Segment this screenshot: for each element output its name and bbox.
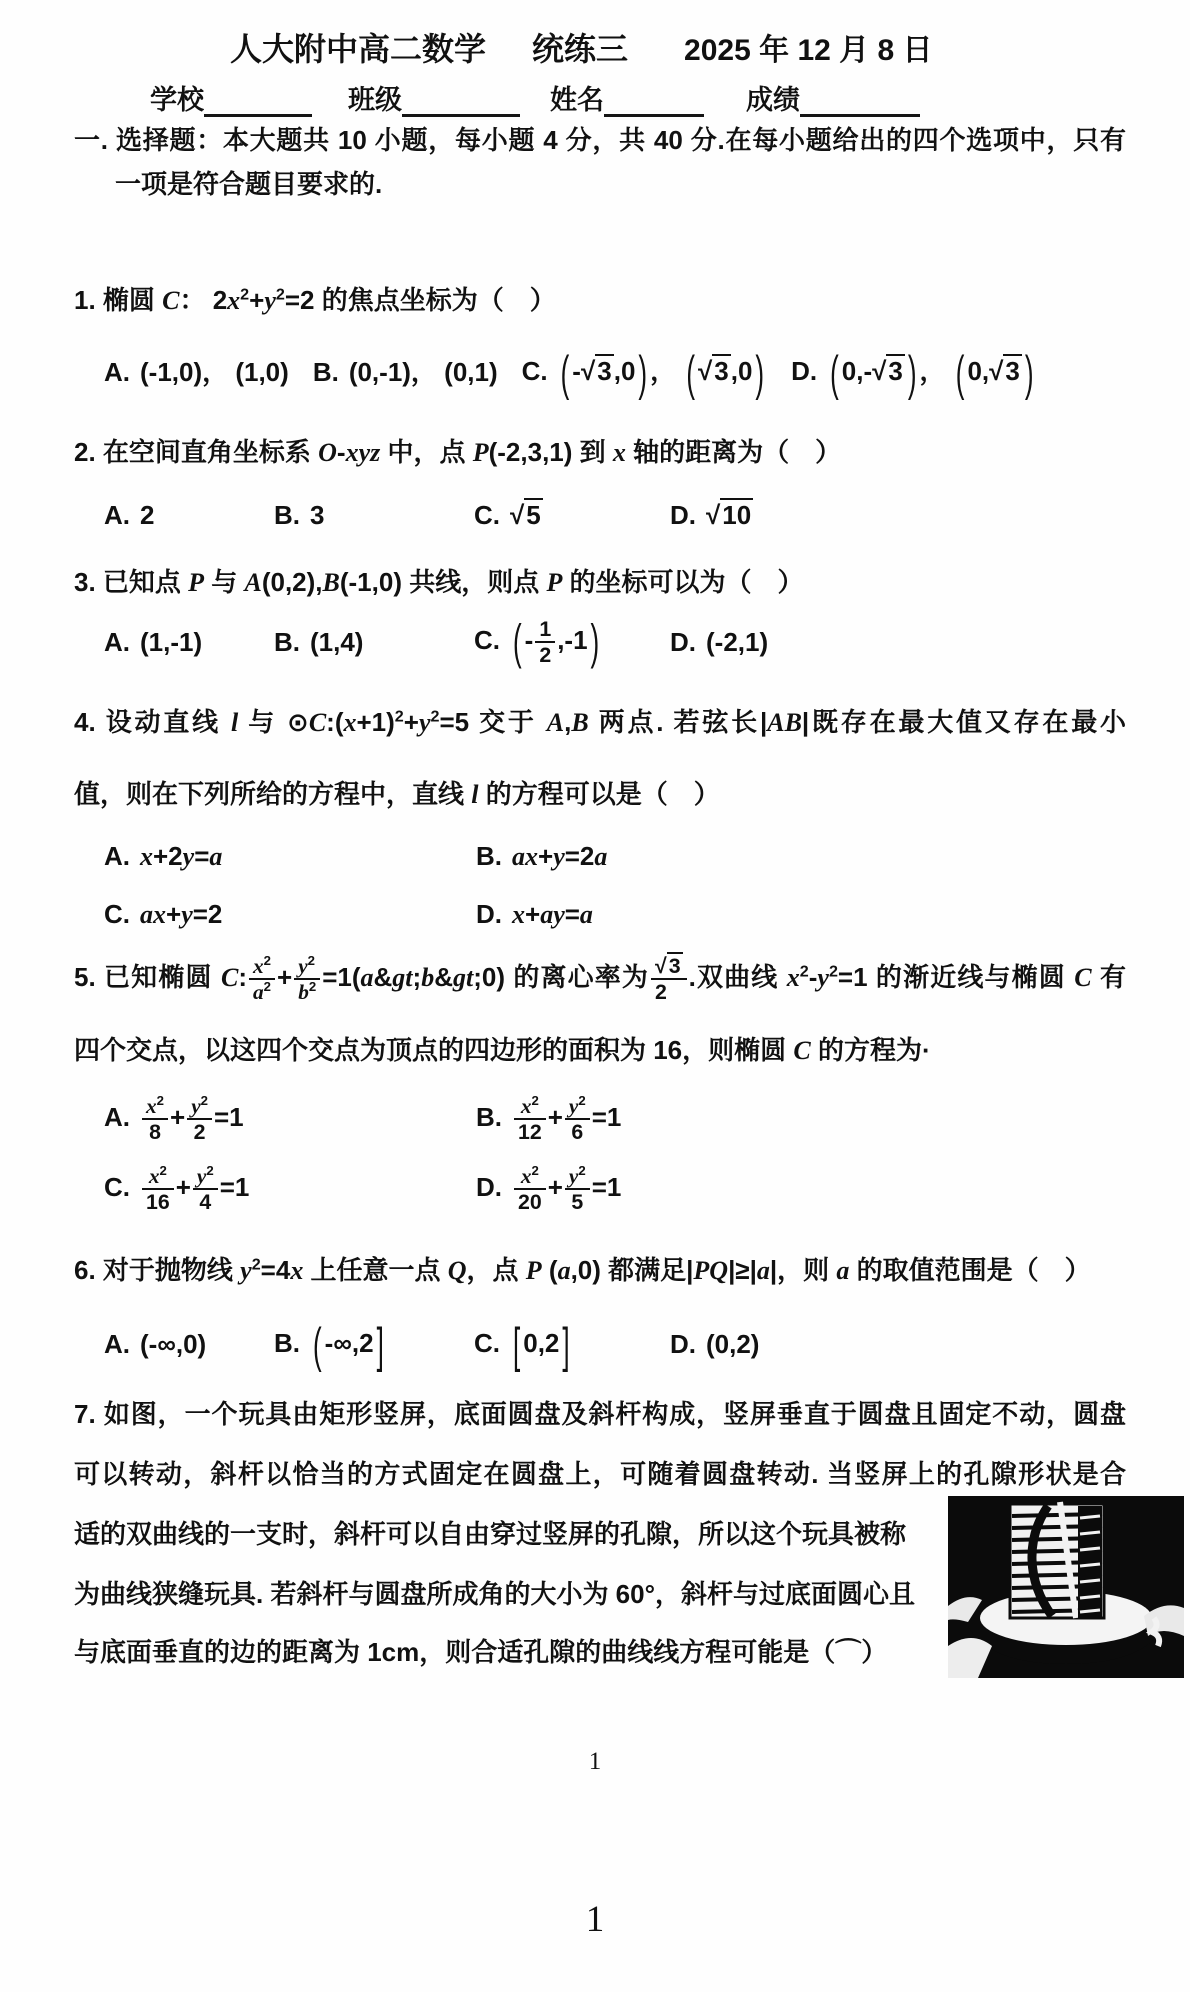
question-5-options-row1: A.x28+y22=1 B.x212+y26=1 [104,1086,1004,1152]
option-d: D.x+ay=a [476,892,1004,937]
page-header: 人大附中高二数学 统练三 2025 年 12 月 8 日 [230,24,933,70]
option-a: A.x28+y22=1 [104,1094,476,1145]
option-c: C.x216+y24=1 [104,1164,476,1215]
option-a: A.(1,-1) [104,627,274,658]
question-7-stem-line3: 适的双曲线的一支时，斜杆可以自由穿过竖屏的孔隙，所以这个玩具被称 [74,1512,906,1556]
option-a: A.(-∞,0) [104,1319,274,1369]
page-number-footer: 1 [0,1898,1190,1941]
question-7-stem-line4: 为曲线狭缝玩具. 若斜杆与圆盘所成角的大小为 60°，斜杆与过底面圆心且 [74,1572,915,1616]
question-3-options: A.(1,-1) B.(1,4) C.(-12,-1) D.(-2,1) [104,606,1104,678]
name-blank [604,84,704,117]
section-instruction-line1: 一. 选择题：本大题共 10 小题，每小题 4 分，共 40 分.在每小题给出的… [74,118,1126,162]
option-d: D.(0,2) [670,1319,1104,1369]
score-label: 成绩 [746,78,800,117]
name-label: 姓名 [550,78,604,117]
class-label: 班级 [348,78,402,117]
option-b: B.x212+y26=1 [476,1094,1004,1145]
question-5-stem-line1: 5. 已知椭圆 C:x2a2+y2b2=1(a&gt;b&gt;0) 的离心率为… [74,936,1126,1019]
exam-name: 统练三 [532,24,628,70]
question-4-stem-line1: 4. 设动直线 l 与 ⊙C:(x+1)2+y2=5 交于 A,B 两点. 若弦… [74,700,1126,745]
school-title: 人大附中高二数学 [230,24,486,70]
section-instruction-line2: 一项是符合题目要求的. [115,162,382,206]
curve-slit-toy-photo [948,1496,1184,1678]
class-blank [402,84,520,117]
score-blank [800,84,920,117]
question-2-options: A.2 B.3 C.√5 D.√10 [104,492,1104,538]
student-info-row: 学校 班级 姓名 成绩 [150,78,920,117]
question-6-options: A.(-∞,0) B.(-∞,2] C.[0,2] D.(0,2) [104,1318,1104,1370]
question-4-options-row1: A.x+2y=a B.ax+y=2a [104,834,1004,879]
option-d: D.(-2,1) [670,627,1104,658]
question-2-stem: 2. 在空间直角坐标系 O-xyz 中，点 P(-2,3,1) 到 x 轴的距离… [74,430,841,475]
option-c: C.(-12,-1) [474,617,670,668]
option-a: A.2 [104,492,274,538]
option-b: B.(1,4) [274,627,474,658]
option-a: A.(-1,0)， (1,0) [104,343,289,401]
option-d: D.(0,-√3)， (0,√3) [791,342,1036,402]
option-d: D.x220+y25=1 [476,1164,1004,1215]
option-c: C.[0,2] [474,1318,670,1370]
option-a: A.x+2y=a [104,834,476,879]
option-d: D.√10 [670,492,1104,538]
exam-date: 2025 年 12 月 8 日 [684,25,932,69]
question-3-stem: 3. 已知点 P 与 A(0,2),B(-1,0) 共线，则点 P 的坐标可以为… [74,560,804,605]
option-b: B.3 [274,492,474,538]
exam-page: 人大附中高二数学 统练三 2025 年 12 月 8 日 学校 班级 姓名 成绩… [0,0,1190,1992]
option-c: C.ax+y=2 [104,892,476,937]
option-c: C.(-√3,0)， (√3,0) [522,342,767,402]
question-4-stem-line2: 值，则在下列所给的方程中，直线 l 的方程可以是（ ） [74,772,720,817]
school-blank [204,84,312,117]
question-1-stem: 1. 椭圆 C： 2x2+y2=2 的焦点坐标为（ ） [74,278,556,323]
question-5-options-row2: C.x216+y24=1 D.x220+y25=1 [104,1156,1004,1222]
question-7-stem-line1: 7. 如图，一个玩具由矩形竖屏，底面圆盘及斜杆构成，竖屏垂直于圆盘且固定不动，圆… [74,1392,1126,1436]
question-4-options-row2: C.ax+y=2 D.x+ay=a [104,892,1004,937]
question-5-stem-line2: 四个交点，以这四个交点为顶点的四边形的面积为 16，则椭圆 C 的方程为· [74,1028,931,1073]
option-b: B.(0,-1)， (0,1) [313,343,498,401]
question-7-stem-line2: 可以转动，斜杆以恰当的方式固定在圆盘上，可随着圆盘转动. 当竖屏上的孔隙形状是合 [74,1452,1126,1496]
option-b: B.(-∞,2] [274,1318,474,1370]
question-1-options: A.(-1,0)， (1,0) B.(0,-1)， (0,1) C.(-√3,0… [104,342,1037,402]
option-b: B.ax+y=2a [476,834,1004,879]
school-label: 学校 [150,78,204,117]
question-7-stem-line5: 与底面垂直的边的距离为 1cm，则合适孔隙的曲线线方程可能是（⌒） [74,1630,887,1674]
page-number-inner: 1 [0,1748,1190,1776]
question-6-stem: 6. 对于抛物线 y2=4x 上任意一点 Q，点 P (a,0) 都满足|PQ|… [74,1248,1091,1293]
option-c: C.√5 [474,492,670,538]
